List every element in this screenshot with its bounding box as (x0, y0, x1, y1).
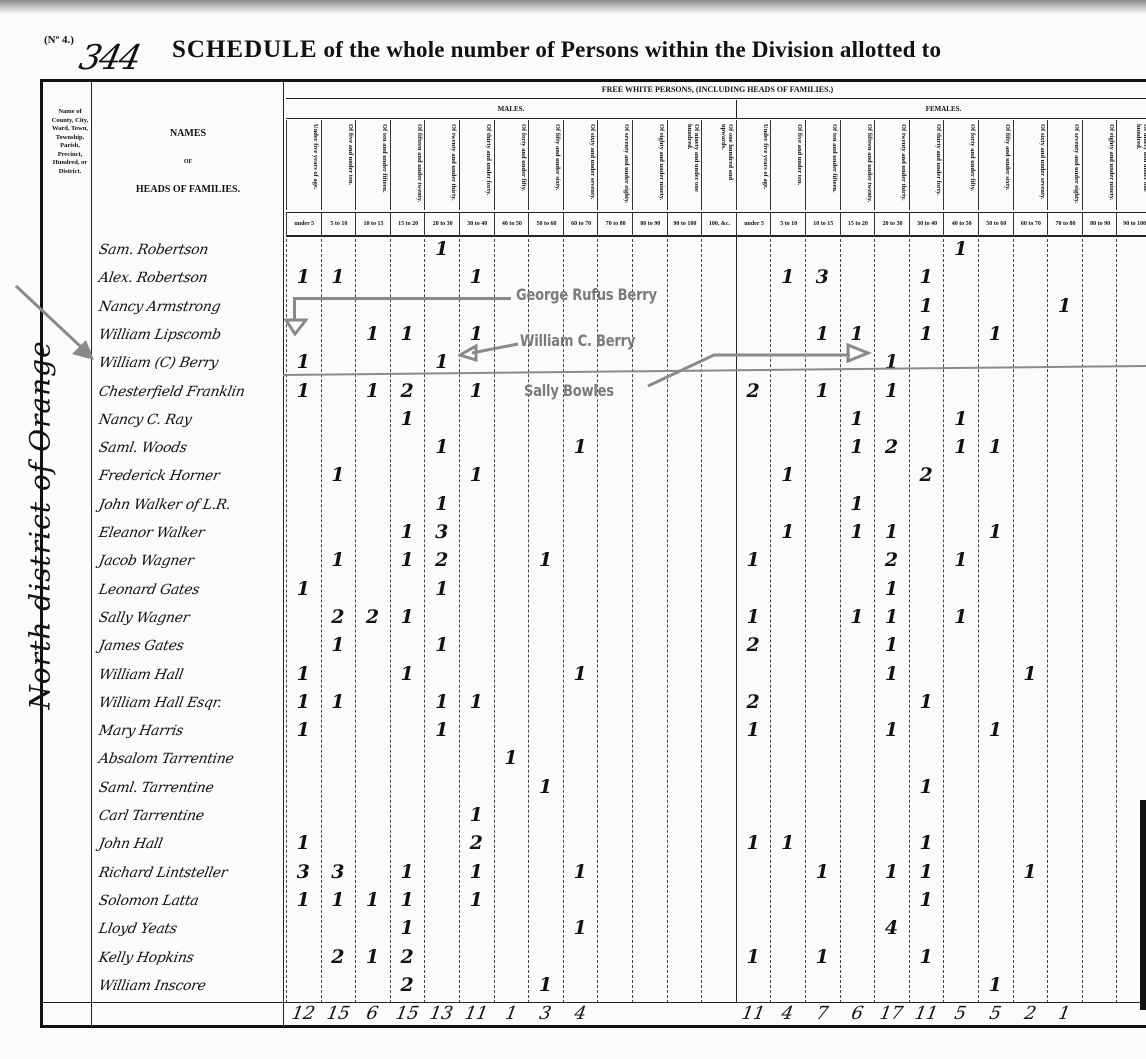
female-tally: 1 (736, 549, 771, 573)
male-tally (321, 917, 356, 941)
age-range-label: 5 to 10 (770, 212, 806, 237)
male-column-total: 1 (492, 1003, 530, 1025)
age-header-text: Of fifty and under sixty. (981, 124, 1011, 206)
male-tally (563, 521, 598, 545)
male-tally (632, 521, 667, 545)
female-tally (943, 974, 978, 998)
female-age-header: Of fifty and under sixty. (978, 120, 1014, 210)
male-tally (632, 691, 667, 715)
female-tally (1082, 493, 1117, 517)
male-tally (701, 889, 736, 913)
female-tally (736, 295, 771, 319)
male-tally: 2 (321, 946, 356, 970)
male-tally (597, 521, 632, 545)
female-tally (736, 804, 771, 828)
male-tally (701, 691, 736, 715)
age-range-label: 60 to 70 (563, 212, 599, 237)
female-tally (736, 436, 771, 460)
age-range-label: 5 to 10 (321, 212, 357, 237)
male-tally (355, 776, 390, 800)
male-tally (632, 776, 667, 800)
male-tally (390, 832, 425, 856)
male-tally (632, 493, 667, 517)
title-rest: of the whole number of Persons within th… (324, 37, 942, 62)
head-of-family-name: Carl Tarrentine (97, 804, 285, 828)
head-of-family-name: Frederick Horner (97, 464, 285, 488)
schedule-number: (Nº 4.) (44, 34, 74, 46)
female-tally (978, 946, 1013, 970)
male-tally (321, 832, 356, 856)
male-tally (632, 861, 667, 885)
female-tally (1082, 719, 1117, 743)
male-tally (424, 832, 459, 856)
male-tally (494, 408, 529, 432)
age-range-label: 20 to 30 (874, 212, 910, 237)
male-tally (667, 946, 702, 970)
male-tally (424, 464, 459, 488)
female-tally (1116, 464, 1146, 488)
female-tally (1082, 832, 1117, 856)
male-tally (355, 464, 390, 488)
age-range-label: 100, &c. (701, 212, 737, 237)
male-tally (355, 691, 390, 715)
male-tally (701, 747, 736, 771)
female-tally (1116, 380, 1146, 404)
male-tally (528, 634, 563, 658)
female-tally (1082, 974, 1117, 998)
head-of-family-name: Nancy Armstrong (97, 295, 285, 319)
male-tally (563, 238, 598, 262)
male-tally: 1 (528, 974, 563, 998)
female-age-header: Of twenty and under thirty. (874, 120, 910, 210)
female-tally (909, 634, 944, 658)
male-tally: 1 (321, 691, 356, 715)
female-tally: 1 (1047, 295, 1082, 319)
female-tally (1013, 380, 1048, 404)
female-tally (874, 747, 909, 771)
female-tally (978, 804, 1013, 828)
female-tally (874, 295, 909, 319)
female-tally (978, 266, 1013, 290)
male-tally (563, 578, 598, 602)
male-tally (286, 776, 321, 800)
household-row: John Walker of L.R.11 (95, 493, 1146, 517)
male-tally (667, 493, 702, 517)
male-tally (632, 634, 667, 658)
female-tally (943, 691, 978, 715)
female-tally (1047, 408, 1082, 432)
female-tally (909, 521, 944, 545)
male-tally (563, 549, 598, 573)
female-tally: 1 (1013, 861, 1048, 885)
female-tally (736, 493, 771, 517)
female-tally (943, 917, 978, 941)
male-tally: 1 (424, 691, 459, 715)
female-tally (1013, 238, 1048, 262)
male-tally (597, 804, 632, 828)
male-tally: 1 (286, 380, 321, 404)
female-tally (770, 974, 805, 998)
female-tally (736, 917, 771, 941)
female-tally: 1 (909, 323, 944, 347)
male-age-header: Of thirty and under forty. (459, 120, 495, 210)
age-range-label: 40 to 50 (943, 212, 979, 237)
age-range-label: 15 to 20 (840, 212, 876, 237)
male-tally (286, 974, 321, 998)
male-tally (286, 436, 321, 460)
male-tally (667, 606, 702, 630)
female-tally (1047, 691, 1082, 715)
male-tally (667, 917, 702, 941)
male-tally (597, 578, 632, 602)
male-tally (563, 691, 598, 715)
george-arrowhead-icon (284, 318, 308, 336)
male-tally (528, 408, 563, 432)
male-tally (286, 493, 321, 517)
male-tally (494, 974, 529, 998)
female-tally (840, 776, 875, 800)
female-tally (1116, 408, 1146, 432)
female-tally (909, 974, 944, 998)
male-tally: 1 (355, 380, 390, 404)
female-tally (978, 606, 1013, 630)
female-tally (1013, 974, 1048, 998)
male-tally (563, 804, 598, 828)
female-tally: 3 (805, 266, 840, 290)
female-tally (943, 351, 978, 375)
age-range-label: 15 to 20 (390, 212, 426, 237)
male-tally (701, 804, 736, 828)
household-row: William Inscore211 (95, 974, 1146, 998)
female-tally (1082, 776, 1117, 800)
female-tally (1116, 323, 1146, 347)
male-tally: 1 (355, 946, 390, 970)
male-tally (355, 663, 390, 687)
household-row: Sam. Robertson11 (95, 238, 1146, 262)
male-tally (632, 436, 667, 460)
age-header-text: Of sixty and under seventy. (1016, 124, 1046, 206)
female-tally: 1 (874, 380, 909, 404)
male-tally (632, 917, 667, 941)
female-tally (943, 380, 978, 404)
female-tally (770, 776, 805, 800)
male-tally (528, 691, 563, 715)
female-tally (770, 578, 805, 602)
male-tally (701, 464, 736, 488)
female-tally (770, 719, 805, 743)
male-tally (667, 889, 702, 913)
male-age-header: Under five years of age. (286, 120, 322, 210)
female-tally (909, 663, 944, 687)
female-tally (1013, 634, 1048, 658)
male-tally: 1 (286, 266, 321, 290)
female-tally (805, 832, 840, 856)
male-tally: 1 (321, 266, 356, 290)
male-tally: 1 (286, 889, 321, 913)
female-tally (1013, 747, 1048, 771)
female-tally (1082, 804, 1117, 828)
male-tally (528, 436, 563, 460)
male-tally (321, 663, 356, 687)
female-tally: 2 (736, 691, 771, 715)
age-range-label: 50 to 60 (528, 212, 564, 237)
male-tally (667, 776, 702, 800)
female-tally (1116, 436, 1146, 460)
male-tally (390, 776, 425, 800)
male-tally (597, 436, 632, 460)
male-tally (459, 974, 494, 998)
female-tally (736, 974, 771, 998)
male-tally (321, 238, 356, 262)
female-tally (840, 691, 875, 715)
female-tally (874, 889, 909, 913)
male-tally (563, 606, 598, 630)
female-tally (840, 974, 875, 998)
male-tally (632, 804, 667, 828)
female-tally: 2 (874, 549, 909, 573)
female-tally: 1 (736, 946, 771, 970)
male-column-total: 4 (561, 1003, 599, 1025)
male-tally (701, 719, 736, 743)
female-tally: 1 (840, 606, 875, 630)
female-tally (805, 549, 840, 573)
female-tally (840, 266, 875, 290)
male-tally: 1 (563, 917, 598, 941)
male-tally (321, 493, 356, 517)
male-tally: 1 (286, 719, 321, 743)
male-tally (563, 747, 598, 771)
female-tally: 4 (874, 917, 909, 941)
male-tally: 2 (390, 380, 425, 404)
county-divider (91, 82, 92, 1025)
female-tally (978, 408, 1013, 432)
male-tally (528, 578, 563, 602)
head-of-family-name: Sally Wagner (97, 606, 285, 630)
female-tally: 1 (840, 408, 875, 432)
female-tally: 1 (736, 832, 771, 856)
male-tally (701, 266, 736, 290)
female-tally (1116, 719, 1146, 743)
male-tally (494, 719, 529, 743)
female-tally (770, 436, 805, 460)
male-tally (667, 578, 702, 602)
male-tally (355, 549, 390, 573)
female-tally: 1 (909, 776, 944, 800)
male-tally: 2 (355, 606, 390, 630)
male-tally (459, 917, 494, 941)
male-tally (563, 832, 598, 856)
male-tally (424, 663, 459, 687)
age-range-label: 10 to 15 (355, 212, 391, 237)
female-tally (874, 776, 909, 800)
female-tally: 1 (943, 549, 978, 573)
male-tally: 1 (424, 238, 459, 262)
male-tally (390, 436, 425, 460)
female-tally (874, 974, 909, 998)
free-white-persons-header: FREE WHITE PERSONS, (INCLUDING HEADS OF … (286, 82, 1146, 99)
female-tally: 1 (943, 606, 978, 630)
female-tally (736, 521, 771, 545)
female-tally: 1 (978, 521, 1013, 545)
female-tally (840, 549, 875, 573)
sally-arrow-icon (640, 340, 875, 390)
male-tally: 1 (355, 889, 390, 913)
male-tally (494, 634, 529, 658)
male-tally (528, 804, 563, 828)
female-tally (805, 747, 840, 771)
male-tally (321, 323, 356, 347)
male-tally (528, 719, 563, 743)
female-tally: 1 (943, 408, 978, 432)
female-tally (805, 804, 840, 828)
female-tally (1082, 917, 1117, 941)
male-tally: 1 (563, 436, 598, 460)
female-tally (1047, 747, 1082, 771)
female-tally (840, 832, 875, 856)
male-tally (528, 663, 563, 687)
male-tally (459, 408, 494, 432)
male-tally (632, 238, 667, 262)
male-tally (632, 946, 667, 970)
male-age-header: Of eighty and under ninety. (632, 120, 668, 210)
female-tally (1047, 606, 1082, 630)
male-tally (597, 974, 632, 998)
male-tally (701, 917, 736, 941)
female-tally (770, 946, 805, 970)
male-tally (701, 974, 736, 998)
female-tally (874, 493, 909, 517)
male-tally (459, 946, 494, 970)
male-tally (286, 747, 321, 771)
male-tally (597, 832, 632, 856)
female-age-header: Under five years of age. (736, 120, 772, 210)
male-tally: 1 (424, 436, 459, 460)
age-header-text: Of seventy and under eighty. (600, 124, 630, 206)
female-column-total: 7 (803, 1003, 841, 1025)
female-tally: 1 (874, 861, 909, 885)
male-tally: 2 (321, 606, 356, 630)
male-tally (494, 776, 529, 800)
male-tally: 1 (459, 889, 494, 913)
male-tally (701, 861, 736, 885)
male-tally (597, 238, 632, 262)
female-column-total: 4 (768, 1003, 806, 1025)
female-tally (770, 917, 805, 941)
female-tally (874, 804, 909, 828)
female-tally: 1 (736, 606, 771, 630)
male-tally (286, 804, 321, 828)
female-tally (909, 436, 944, 460)
male-tally (563, 974, 598, 998)
male-tally (597, 776, 632, 800)
male-tally (667, 804, 702, 828)
male-tally: 1 (459, 861, 494, 885)
female-tally (943, 521, 978, 545)
female-tally (805, 578, 840, 602)
female-tally (736, 776, 771, 800)
female-tally (1013, 323, 1048, 347)
age-range-label: 70 to 80 (597, 212, 633, 237)
male-tally: 1 (494, 747, 529, 771)
male-tally (424, 747, 459, 771)
male-tally: 2 (459, 832, 494, 856)
female-tally: 1 (978, 974, 1013, 998)
female-tally (840, 295, 875, 319)
age-header-text: Of ten and under fifteen. (808, 124, 838, 206)
male-tally (701, 521, 736, 545)
male-tally (667, 747, 702, 771)
female-tally: 1 (978, 436, 1013, 460)
age-range-label: 40 to 50 (494, 212, 530, 237)
male-tally: 1 (390, 549, 425, 573)
age-range-label: 70 to 80 (1047, 212, 1083, 237)
female-tally (805, 464, 840, 488)
household-row: Lloyd Yeats114 (95, 917, 1146, 941)
female-tally (736, 408, 771, 432)
female-tally: 1 (770, 832, 805, 856)
male-tally (390, 578, 425, 602)
female-tally (943, 719, 978, 743)
household-row: Carl Tarrentine1 (95, 804, 1146, 828)
male-tally (701, 493, 736, 517)
annotation-william-c-berry: William C. Berry (520, 331, 635, 350)
male-tally (355, 974, 390, 998)
female-tally (943, 323, 978, 347)
male-tally (701, 578, 736, 602)
male-tally (459, 549, 494, 573)
female-column-total: 2 (1011, 1003, 1049, 1025)
male-tally: 1 (459, 380, 494, 404)
male-tally (597, 663, 632, 687)
female-column-total: 11 (734, 1003, 772, 1025)
male-tally: 1 (286, 578, 321, 602)
names-header-line2: OF (95, 148, 281, 176)
male-tally (528, 606, 563, 630)
male-tally (424, 804, 459, 828)
female-tally (1116, 606, 1146, 630)
male-tally (355, 266, 390, 290)
age-header-text: Of twenty and under thirty. (877, 124, 907, 206)
male-tally (494, 436, 529, 460)
male-tally (424, 606, 459, 630)
female-tally (805, 606, 840, 630)
male-tally (667, 521, 702, 545)
household-row: Frederick Horner1112 (95, 464, 1146, 488)
age-header-text: Of thirty and under forty. (462, 124, 492, 206)
age-range-label: 50 to 60 (978, 212, 1014, 237)
age-range-label: 30 to 40 (909, 212, 945, 237)
head-of-family-name: Mary Harris (97, 719, 285, 743)
female-tally (805, 776, 840, 800)
male-tally: 1 (390, 917, 425, 941)
female-tally (1013, 691, 1048, 715)
head-of-family-name: James Gates (97, 634, 285, 658)
female-tally: 1 (805, 861, 840, 885)
male-tally: 1 (390, 323, 425, 347)
female-tally (1082, 606, 1117, 630)
female-tally (770, 804, 805, 828)
female-tally (805, 493, 840, 517)
age-header-text: Of fifteen and under twenty. (393, 124, 423, 206)
female-tally (736, 266, 771, 290)
male-tally (321, 521, 356, 545)
female-tally (1047, 436, 1082, 460)
female-tally (770, 861, 805, 885)
male-tally (390, 804, 425, 828)
male-tally (321, 380, 356, 404)
male-tally (321, 408, 356, 432)
female-tally (874, 946, 909, 970)
